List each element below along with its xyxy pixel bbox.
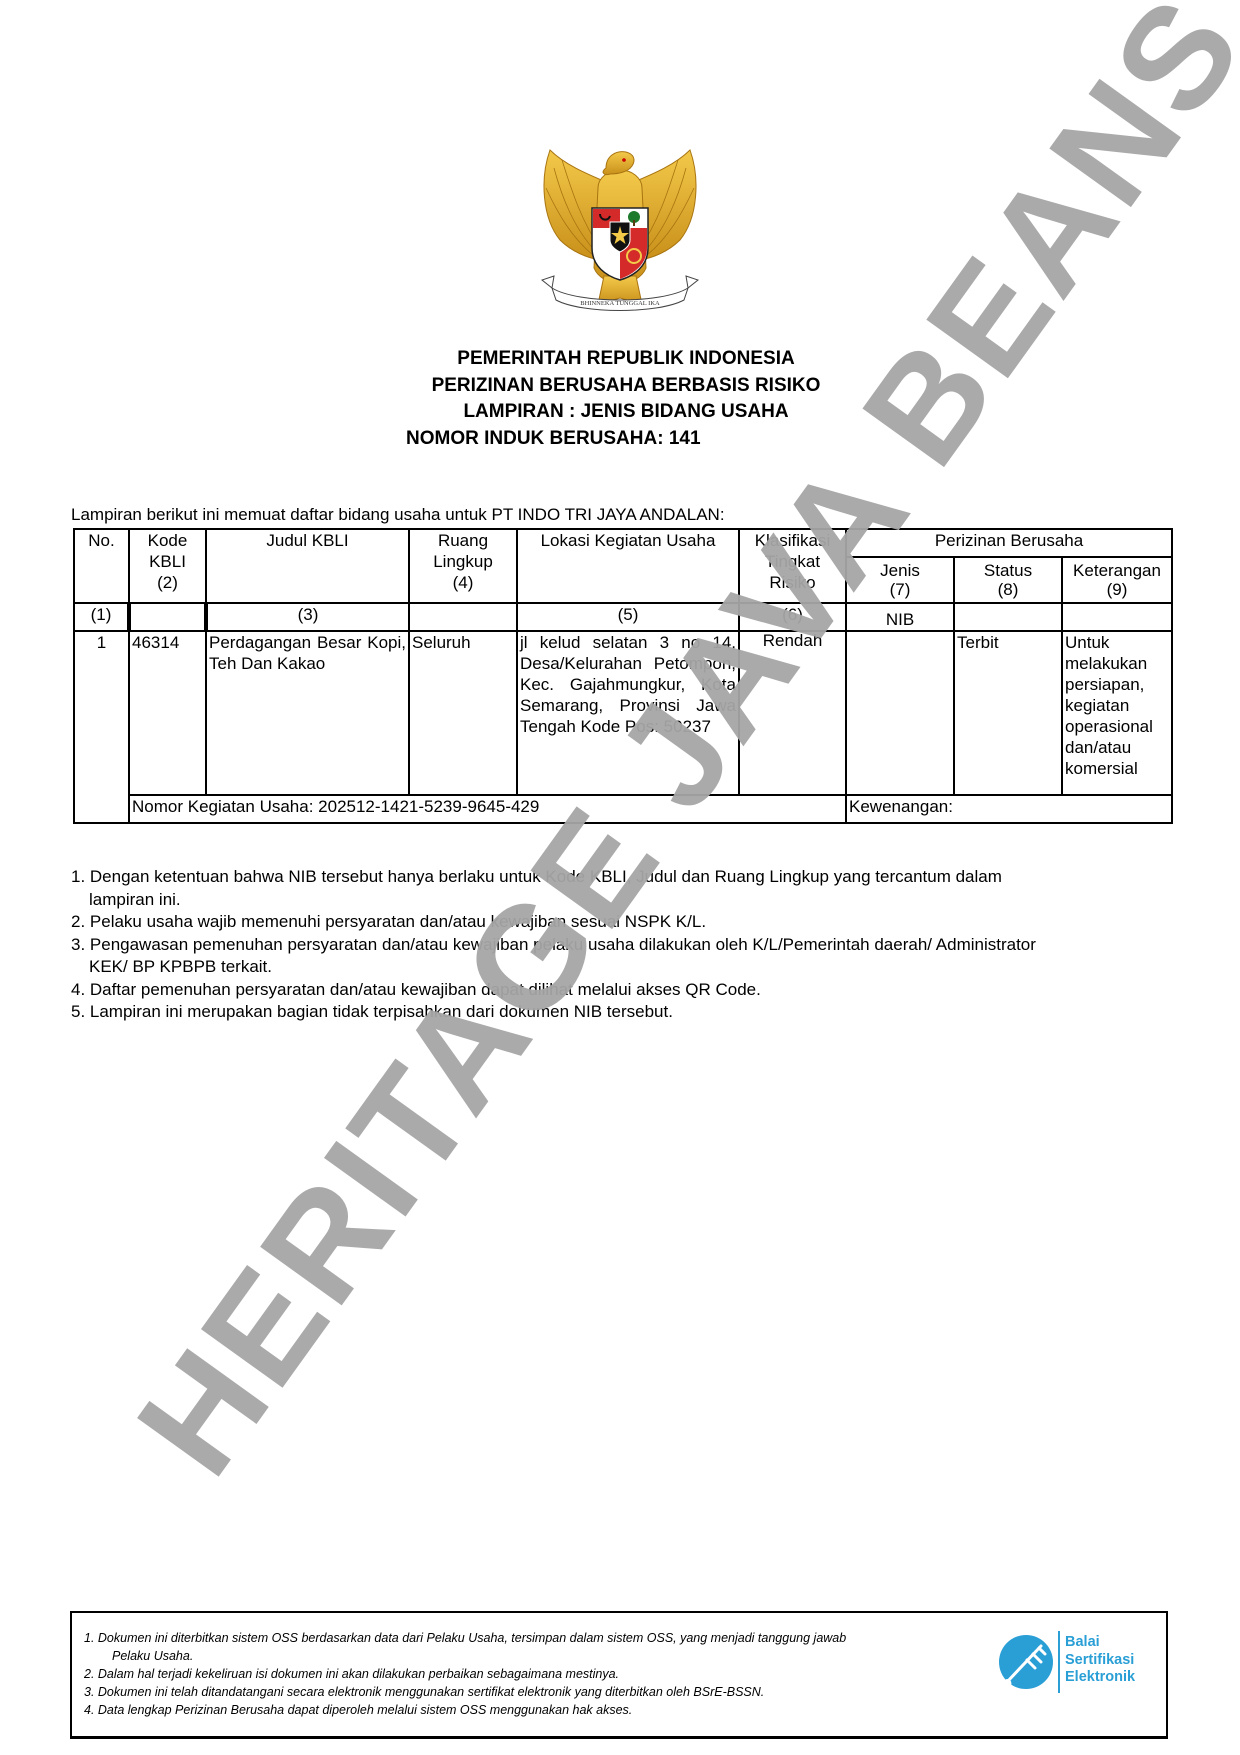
- index-cell: NIB: [846, 603, 954, 631]
- footer-note: 2. Dalam hal terjadi kekeliruan isi doku…: [84, 1665, 846, 1683]
- intro-text: Lampiran berikut ini memuat daftar bidan…: [71, 505, 725, 525]
- footer-notes: 1. Dokumen ini diterbitkan sistem OSS be…: [84, 1629, 846, 1719]
- footer-note: 3. Dokumen ini telah ditandatangani seca…: [84, 1683, 846, 1701]
- index-cell: [1062, 603, 1172, 631]
- emblem-motto: BHINNEKA TUNGGAL IKA: [580, 300, 660, 307]
- heading-licensing: PERIZINAN BERUSAHA BERBASIS RISIKO: [0, 375, 1240, 397]
- footer-note: 4. Data lengkap Perizinan Berusaha dapat…: [84, 1701, 846, 1719]
- table-row: 1 46314 Perdagangan Besar Kopi, Teh Dan …: [74, 631, 1172, 795]
- bsre-key-icon: [997, 1632, 1055, 1692]
- note-item: 3. Pengawasan pemenuhan persyaratan dan/…: [71, 934, 1036, 957]
- index-cell: (3): [206, 603, 409, 631]
- notes-list: 1. Dengan ketentuan bahwa NIB tersebut h…: [71, 866, 1036, 1024]
- heading-attachment: LAMPIRAN : JENIS BIDANG USAHA: [0, 401, 1240, 423]
- note-item-cont: KEK/ BP KPBPB terkait.: [71, 956, 1036, 979]
- footer-disclaimer-box: 1. Dokumen ini diterbitkan sistem OSS be…: [70, 1611, 1168, 1739]
- header-lokasi: Lokasi Kegiatan Usaha: [517, 529, 739, 603]
- note-item-cont: lampiran ini.: [71, 889, 1036, 912]
- index-cell: [409, 603, 517, 631]
- bsre-name: Balai Sertifikasi Elektronik: [1065, 1634, 1135, 1687]
- heading-government: PEMERINTAH REPUBLIK INDONESIA: [0, 348, 1240, 370]
- cell-keterangan: Untuk melakukan persiapan, kegiatan oper…: [1062, 631, 1172, 795]
- index-cell: (5): [517, 603, 739, 631]
- index-cell: (6): [739, 603, 846, 631]
- cell-kewenangan: Kewenangan:: [846, 795, 1172, 823]
- header-status: Status(8): [954, 557, 1062, 603]
- cell-status: Terbit: [954, 631, 1062, 795]
- index-cell: (1): [74, 603, 129, 631]
- note-item: 5. Lampiran ini merupakan bagian tidak t…: [71, 1001, 1036, 1024]
- header-perizinan: Perizinan Berusaha: [846, 529, 1172, 557]
- header-ruang-lingkup: RuangLingkup(4): [409, 529, 517, 603]
- cell-klasifikasi: Rendah: [739, 631, 846, 795]
- garuda-emblem-icon: BHINNEKA TUNGGAL IKA: [538, 148, 702, 320]
- cell-kode-kbli: 46314: [129, 631, 206, 795]
- cell-ruang-lingkup: Seluruh: [409, 631, 517, 795]
- header-kode-kbli: KodeKBLI(2): [129, 529, 206, 603]
- header-keterangan: Keterangan(9): [1062, 557, 1172, 603]
- index-cell: [129, 603, 206, 631]
- note-item: 1. Dengan ketentuan bahwa NIB tersebut h…: [71, 866, 1036, 889]
- header-klasifikasi: KlasifikasiTingkatRisiko: [739, 529, 846, 603]
- cell-no: 1: [74, 631, 129, 823]
- note-item: 4. Daftar pemenuhan persyaratan dan/atau…: [71, 979, 1036, 1002]
- header-no: No.: [74, 529, 129, 603]
- footer-note-cont: Pelaku Usaha.: [84, 1647, 846, 1665]
- kbli-table: No. KodeKBLI(2) Judul KBLI RuangLingkup(…: [73, 528, 1173, 824]
- header-jenis: Jenis(7): [846, 557, 954, 603]
- bsre-logo: Balai Sertifikasi Elektronik: [997, 1631, 1167, 1693]
- header-judul-kbli: Judul KBLI: [206, 529, 409, 603]
- footer-note: 1. Dokumen ini diterbitkan sistem OSS be…: [84, 1629, 846, 1647]
- heading-nib: NOMOR INDUK BERUSAHA: 141: [406, 428, 701, 450]
- cell-lokasi: jl kelud selatan 3 no 14, Desa/Kelurahan…: [517, 631, 739, 795]
- cell-nomor-kegiatan-usaha: Nomor Kegiatan Usaha: 202512-1421-5239-9…: [129, 795, 846, 823]
- note-item: 2. Pelaku usaha wajib memenuhi persyarat…: [71, 911, 1036, 934]
- cell-jenis: [846, 631, 954, 795]
- index-cell: [954, 603, 1062, 631]
- cell-judul-kbli: Perdagangan Besar Kopi, Teh Dan Kakao: [206, 631, 409, 795]
- bsre-divider: [1058, 1631, 1060, 1693]
